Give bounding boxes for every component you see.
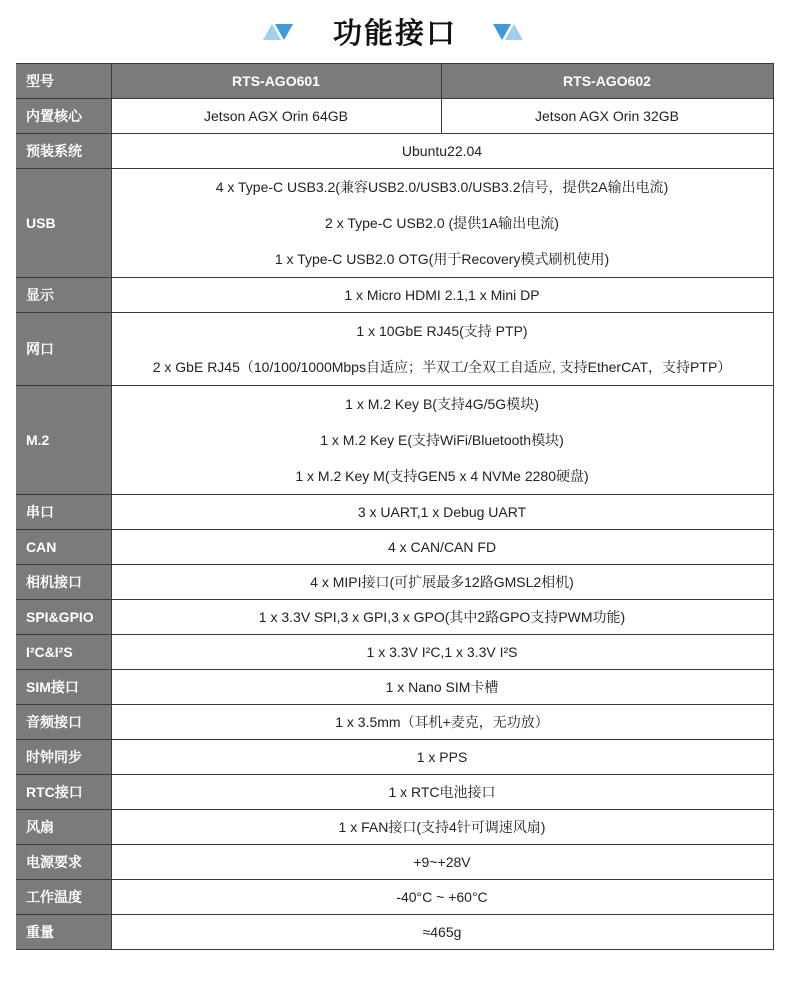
row-value: 1 x Micro HDMI 2.1,1 x Mini DP — [111, 278, 773, 313]
row-value-line: 1 x M.2 Key M(支持GEN5 x 4 NVMe 2280硬盘) — [112, 458, 773, 494]
row-label: 风扇 — [16, 810, 111, 845]
triangle-pair-icon — [263, 23, 297, 41]
row-label: 预装系统 — [16, 134, 111, 169]
row-value: +9~+28V — [111, 845, 773, 880]
table-header-row: 型号 RTS-AGO601 RTS-AGO602 — [16, 64, 773, 99]
row-label: 电源要求 — [16, 845, 111, 880]
table-row-power: 电源要求 +9~+28V — [16, 845, 773, 880]
table-row-network: 网口 1 x 10GbE RJ45(支持 PTP) 2 x GbE RJ45（1… — [16, 313, 773, 386]
table-row-display: 显示 1 x Micro HDMI 2.1,1 x Mini DP — [16, 278, 773, 313]
row-value: 3 x UART,1 x Debug UART — [111, 495, 773, 530]
section-title: 功能接口 — [333, 11, 457, 52]
table-row-can: CAN 4 x CAN/CAN FD — [16, 530, 773, 565]
table-row-temperature: 工作温度 -40°C ~ +60°C — [16, 880, 773, 915]
row-label: 显示 — [16, 278, 111, 313]
row-label: 相机接口 — [16, 565, 111, 600]
row-value: 1 x 3.3V SPI,3 x GPI,3 x GPO(其中2路GPO支持PW… — [111, 600, 773, 635]
row-value: -40°C ~ +60°C — [111, 880, 773, 915]
row-value-line: 2 x GbE RJ45（10/100/1000Mbps自适应；半双工/全双工自… — [112, 349, 773, 385]
table-row-m2: M.2 1 x M.2 Key B(支持4G/5G模块) 1 x M.2 Key… — [16, 386, 773, 495]
triangle-down-icon — [275, 24, 293, 40]
table-row-fan: 风扇 1 x FAN接口(支持4针可调速风扇) — [16, 810, 773, 845]
row-value: 1 x 3.3V I²C,1 x 3.3V I²S — [111, 635, 773, 670]
row-value: 1 x FAN接口(支持4针可调速风扇) — [111, 810, 773, 845]
row-value-line: 4 x Type-C USB3.2(兼容USB2.0/USB3.0/USB3.2… — [112, 169, 773, 205]
row-label: 时钟同步 — [16, 740, 111, 775]
row-label: 内置核心 — [16, 99, 111, 134]
triangle-pair-icon — [493, 23, 527, 41]
row-label: SPI&GPIO — [16, 600, 111, 635]
table-row-clock-sync: 时钟同步 1 x PPS — [16, 740, 773, 775]
table-row-usb: USB 4 x Type-C USB3.2(兼容USB2.0/USB3.0/US… — [16, 169, 773, 278]
row-value: 1 x M.2 Key B(支持4G/5G模块) 1 x M.2 Key E(支… — [111, 386, 773, 495]
table-row-spi-gpio: SPI&GPIO 1 x 3.3V SPI,3 x GPI,3 x GPO(其中… — [16, 600, 773, 635]
table-row-rtc: RTC接口 1 x RTC电池接口 — [16, 775, 773, 810]
row-value-line: 1 x M.2 Key B(支持4G/5G模块) — [112, 386, 773, 422]
row-label: 重量 — [16, 915, 111, 950]
table-row-core: 内置核心 Jetson AGX Orin 64GB Jetson AGX Ori… — [16, 99, 773, 134]
row-value: 1 x 3.5mm（耳机+麦克，无功放） — [111, 705, 773, 740]
row-value: ≈465g — [111, 915, 773, 950]
row-label: 串口 — [16, 495, 111, 530]
row-label: I²C&I²S — [16, 635, 111, 670]
triangle-up-icon — [505, 24, 523, 40]
model-2: RTS-AGO602 — [441, 64, 773, 99]
row-value: 1 x PPS — [111, 740, 773, 775]
row-value: 4 x CAN/CAN FD — [111, 530, 773, 565]
row-label: M.2 — [16, 386, 111, 495]
row-value-line: 1 x M.2 Key E(支持WiFi/Bluetooth模块) — [112, 422, 773, 458]
spec-table: 型号 RTS-AGO601 RTS-AGO602 内置核心 Jetson AGX… — [16, 63, 774, 950]
row-value-line: 2 x Type-C USB2.0 (提供1A输出电流) — [112, 205, 773, 241]
row-value-model-1: Jetson AGX Orin 64GB — [111, 99, 441, 134]
row-value-model-2: Jetson AGX Orin 32GB — [441, 99, 773, 134]
row-label: CAN — [16, 530, 111, 565]
row-label: 音频接口 — [16, 705, 111, 740]
row-value: 1 x 10GbE RJ45(支持 PTP) 2 x GbE RJ45（10/1… — [111, 313, 773, 386]
table-row-camera: 相机接口 4 x MIPI接口(可扩展最多12路GMSL2相机) — [16, 565, 773, 600]
header-label: 型号 — [16, 64, 111, 99]
row-value: 1 x RTC电池接口 — [111, 775, 773, 810]
row-value-line: 1 x 10GbE RJ45(支持 PTP) — [112, 313, 773, 349]
row-value: 1 x Nano SIM卡槽 — [111, 670, 773, 705]
table-row-sim: SIM接口 1 x Nano SIM卡槽 — [16, 670, 773, 705]
row-value: 4 x MIPI接口(可扩展最多12路GMSL2相机) — [111, 565, 773, 600]
table-row-os: 预装系统 Ubuntu22.04 — [16, 134, 773, 169]
table-row-serial: 串口 3 x UART,1 x Debug UART — [16, 495, 773, 530]
row-label: 网口 — [16, 313, 111, 386]
row-label: USB — [16, 169, 111, 278]
row-value: 4 x Type-C USB3.2(兼容USB2.0/USB3.0/USB3.2… — [111, 169, 773, 278]
table-row-weight: 重量 ≈465g — [16, 915, 773, 950]
table-row-audio: 音频接口 1 x 3.5mm（耳机+麦克，无功放） — [16, 705, 773, 740]
row-label: RTC接口 — [16, 775, 111, 810]
row-label: SIM接口 — [16, 670, 111, 705]
model-1: RTS-AGO601 — [111, 64, 441, 99]
table-row-i2c-i2s: I²C&I²S 1 x 3.3V I²C,1 x 3.3V I²S — [16, 635, 773, 670]
row-label: 工作温度 — [16, 880, 111, 915]
row-value: Ubuntu22.04 — [111, 134, 773, 169]
row-value-line: 1 x Type-C USB2.0 OTG(用于Recovery模式刷机使用) — [112, 241, 773, 277]
section-title-bar: 功能接口 — [0, 0, 790, 63]
